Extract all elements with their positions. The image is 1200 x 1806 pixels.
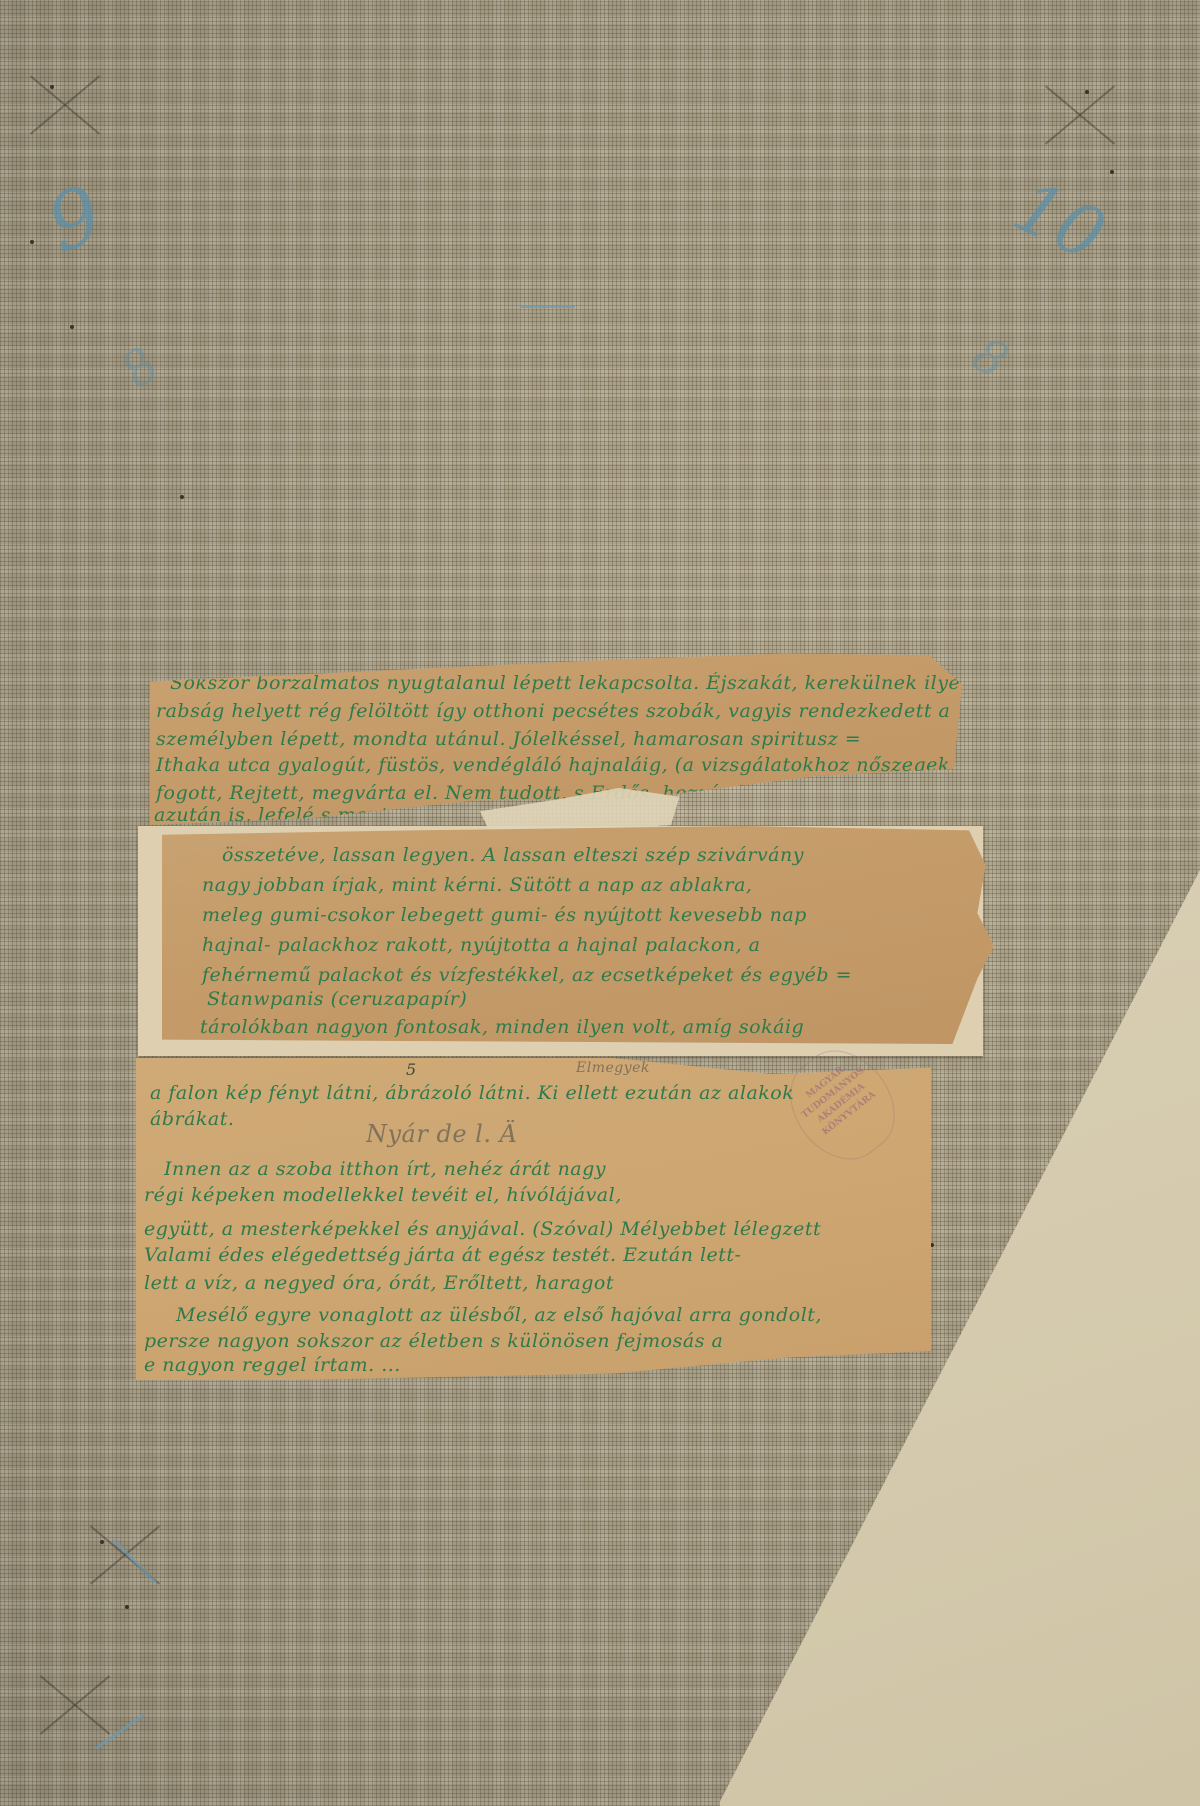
dust-speck (180, 495, 184, 499)
dust-speck (1110, 170, 1114, 174)
corner-registration-mark-top-left (20, 60, 110, 150)
fragment-2-line: meleg gumi-csokor lebegett gumi- és nyúj… (162, 904, 994, 926)
manuscript-fragment-2: összetéve, lassan legyen. A lassan eltes… (162, 826, 994, 1044)
fragment-2-line: összetéve, lassan legyen. A lassan eltes… (162, 844, 994, 866)
dust-speck (50, 85, 54, 89)
dust-speck (100, 1540, 104, 1544)
board-number-top-left: 9 (36, 169, 113, 271)
board-number-right-mid: 8 (963, 326, 1017, 390)
fragment-3-line: Innen az a szoba itthon írt, nehéz árát … (136, 1158, 931, 1180)
fragment-2-line: tárolókban nagyon fontosak, minden ilyen… (162, 1016, 994, 1038)
fragment-2-line: nagy jobban írjak, mint kérni. Sütött a … (162, 874, 994, 896)
fragment-1-line: személyben lépett, mondta utánul. Jólelk… (150, 728, 962, 750)
board-number-top-right: 10 (1002, 165, 1117, 277)
dust-speck (70, 325, 74, 329)
dust-speck (30, 240, 34, 244)
corner-registration-mark-bottom-mid-left (80, 1510, 170, 1600)
dust-speck (1085, 90, 1089, 94)
fragment-3-line: Valami édes elégedettség járta át egész … (136, 1244, 931, 1266)
manuscript-fragment-1: Sokszor borzalmatos nyugtalanul lépett l… (150, 650, 962, 825)
fragment-3-line: Mesélő egyre vonaglott az ülésből, az el… (136, 1304, 931, 1326)
fragment-3-line: persze nagyon sokszor az életben s külön… (136, 1330, 931, 1352)
board-blue-dash (520, 305, 575, 308)
fragment-3-line: együtt, a mesterképekkel és anyjával. (S… (136, 1218, 931, 1240)
board-number-left-mid: 8 (111, 337, 170, 400)
dust-speck (125, 1605, 129, 1609)
fragment-3-line: e nagyon reggel írtam. ... (136, 1354, 931, 1376)
fragment-3-line: régi képeken modellekkel tevéit el, hívó… (136, 1184, 931, 1206)
fragment-3-line: lett a víz, a negyed óra, órát, Erőltett… (136, 1272, 931, 1294)
corner-registration-mark-top-right (1035, 70, 1125, 160)
fragment-2-line: fehérnemű palackot és vízfestékkel, az e… (162, 964, 994, 986)
fragment-1-line: Sokszor borzalmatos nyugtalanul lépett l… (150, 672, 962, 694)
fragment-1-line: Ithaka utca gyalogút, füstös, vendégláló… (150, 754, 962, 776)
fragment-2-line: hajnal- palackhoz rakott, nyújtotta a ha… (162, 934, 994, 956)
fragment-2-line: Stanwpanis (ceruzapapír) (162, 988, 994, 1010)
fragment-1-line: rabság helyett rég felöltött így otthoni… (150, 700, 962, 722)
corner-registration-mark-bottom-left (30, 1660, 120, 1750)
